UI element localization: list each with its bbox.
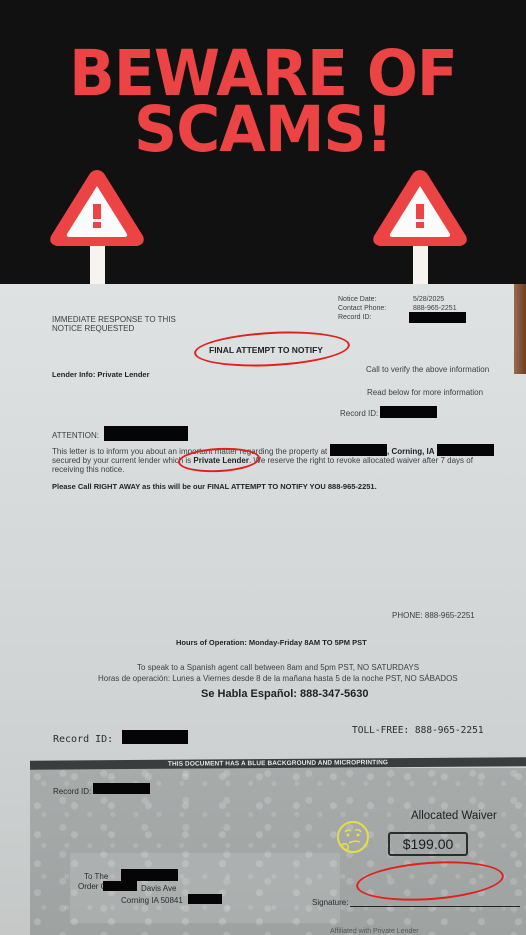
payee-street: Davis Ave [141, 884, 176, 893]
check-footer-partial: Affiliated with Private Lender [330, 928, 419, 935]
redaction-bar [103, 881, 137, 891]
signature-line [350, 906, 520, 907]
lender-info: Lender Info: Private Lender [52, 370, 150, 379]
redaction-bar [121, 869, 178, 881]
spanish-hours-line: Horas de operación: Lunes a Viernes desd… [98, 674, 458, 683]
scam-letter: IMMEDIATE RESPONSE TO THIS NOTICE REQUES… [0, 284, 526, 935]
redaction-bar [188, 894, 222, 904]
redaction-bar [380, 406, 437, 418]
attention-label: ATTENTION: [52, 431, 99, 440]
table-edge [514, 284, 526, 374]
redaction-bar [437, 444, 494, 456]
allocated-waiver-label: Allocated Waiver [411, 810, 497, 822]
redaction-bar [330, 444, 387, 456]
thinking-face-icon [336, 820, 370, 854]
immediate-response-line-1: IMMEDIATE RESPONSE TO THIS [52, 315, 176, 324]
red-circle-annotation [193, 328, 351, 370]
warning-sign-icon [370, 166, 470, 284]
record-id-mono: Record ID: [53, 734, 113, 745]
hours-of-operation: Hours of Operation: Monday-Friday 8AM TO… [176, 638, 367, 647]
redaction-bar [122, 730, 188, 744]
phone-line: PHONE: 888-965-2251 [392, 611, 475, 620]
allocated-waiver-amount: $199.00 [388, 832, 468, 856]
sign-post [413, 246, 428, 286]
sign-post [90, 246, 105, 286]
notice-date-label: Notice Date: [338, 296, 377, 303]
se-habla-espanol: Se Habla Español: 888-347-5630 [201, 688, 369, 700]
notice-date-value: 5/28/2025 [413, 296, 444, 303]
body-line-2: secured by your current lender which is … [52, 456, 473, 465]
read-below: Read below for more information [367, 388, 483, 397]
contact-phone-label: Contact Phone: [338, 305, 386, 312]
spanish-agent-line: To speak to a Spanish agent call between… [137, 663, 419, 672]
redaction-bar [409, 312, 466, 323]
call-to-verify: Call to verify the above information [366, 365, 489, 374]
check-record-id-label: Record ID: [53, 787, 91, 796]
body-line-1-city: , Corning, IA [387, 447, 435, 456]
record-id-label: Record ID: [338, 314, 371, 321]
record-id-label-2: Record ID: [340, 409, 378, 418]
toll-free: TOLL-FREE: 888-965-2251 [352, 725, 484, 736]
redaction-bar [93, 783, 150, 794]
call-now-line: Please Call RIGHT AWAY as this will be o… [52, 482, 377, 491]
payee-city: Corning IA 50841 [121, 896, 183, 905]
immediate-response-line-2: NOTICE REQUESTED [52, 324, 134, 333]
signature-label: Signature: [312, 898, 348, 907]
headline-line-2: SCAMS! [0, 99, 526, 162]
redaction-bar [104, 426, 188, 441]
warning-sign-icon [47, 166, 147, 284]
warning-banner: BEWARE OF SCAMS! [0, 0, 526, 284]
contact-phone-value: 888-965-2251 [413, 305, 457, 312]
to-the-label: To The [84, 872, 108, 881]
body-line-3: receiving this notice. [52, 465, 124, 474]
